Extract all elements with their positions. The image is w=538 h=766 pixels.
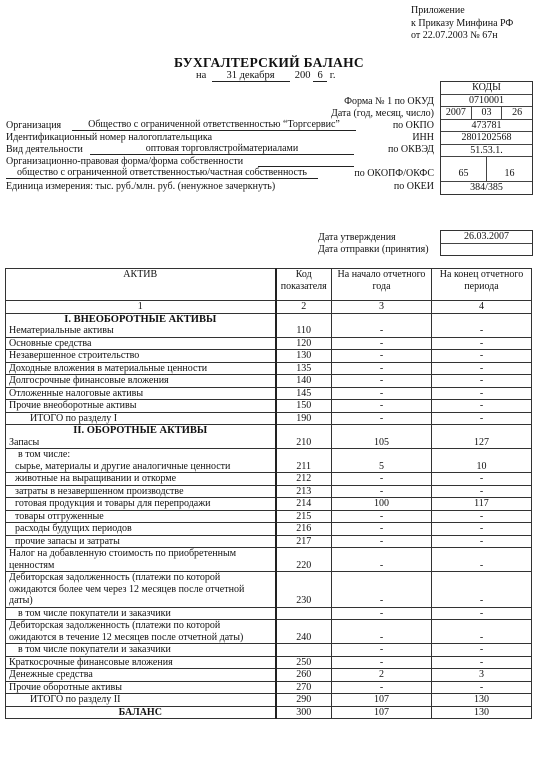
row-start-value[interactable]: - (332, 572, 432, 608)
row-start-value[interactable]: 100 (332, 498, 432, 511)
org-label: Организация (6, 120, 61, 131)
okpo-code[interactable]: 473781 (441, 120, 532, 132)
approval-box: 26.03.2007 (440, 230, 533, 256)
row-end-value[interactable]: - (432, 681, 532, 694)
table-row: прочие запасы и затраты217-- (6, 535, 532, 548)
okopf-code[interactable]: 65 (441, 157, 486, 181)
row-code: 190 (276, 412, 332, 425)
row-end-value[interactable]: - (432, 400, 532, 413)
okpo-label: по ОКПО (393, 120, 434, 131)
appendix-line-2: к Приказу Минфина РФ (411, 18, 513, 31)
section-1-title: I. ВНЕОБОРОТНЫЕ АКТИВЫ (6, 313, 276, 325)
row-start-value[interactable]: - (332, 485, 432, 498)
row-start-value[interactable]: - (332, 375, 432, 388)
report-date-year-digit[interactable]: 6 (313, 70, 327, 82)
row-name: Запасы (6, 437, 276, 449)
row-code (276, 607, 332, 620)
row-name: сырье, материалы и другие аналогичные це… (6, 461, 272, 473)
row-start-value[interactable]: - (332, 620, 432, 644)
row-start-value[interactable]: - (332, 412, 432, 425)
row-start-value[interactable]: - (332, 350, 432, 363)
row-name: Прочие внеоборотные активы (6, 400, 276, 413)
header-asset: АКТИВ (6, 269, 276, 301)
row-start-value[interactable]: - (332, 337, 432, 350)
report-date: на 31 декабря 200 6 г. (196, 70, 336, 82)
row-name: расходы будущих периодов (6, 523, 276, 536)
balance-table: АКТИВ Код показателя На начало отчетного… (5, 268, 532, 719)
row-end-value[interactable]: 127 (432, 437, 532, 449)
table-row: в том числе покупатели и заказчики - - (6, 607, 532, 620)
row-end-value[interactable]: - (432, 510, 532, 523)
row-end-value[interactable]: - (432, 620, 532, 644)
appendix-note: Приложение к Приказу Минфина РФ от 22.07… (411, 5, 513, 43)
row-code: 300 (276, 706, 332, 719)
codes-header: КОДЫ (441, 82, 532, 94)
report-date-prefix: на (196, 70, 206, 81)
row-end-value[interactable]: - (432, 656, 532, 669)
row-name: прочие запасы и затраты (6, 535, 276, 548)
send-date-value[interactable] (441, 244, 532, 255)
table-row: расходы будущих периодов216-- (6, 523, 532, 536)
row-end-value[interactable]: - (432, 325, 532, 337)
table-header-row: АКТИВ Код показателя На начало отчетного… (6, 269, 532, 301)
row-name: готовая продукция и товары для перепрода… (6, 498, 276, 511)
row-code: 130 (276, 350, 332, 363)
row-name-line: Налог на добавленную стоимость по приобр… (9, 548, 272, 560)
row-name-line: даты) (9, 595, 272, 607)
okei-label: по ОКЕИ (394, 181, 434, 192)
date-month[interactable]: 03 (471, 107, 502, 119)
table-row: Краткосрочные финансовые вложения250-- (6, 656, 532, 669)
row-start-value[interactable]: - (332, 325, 432, 337)
inn-code[interactable]: 2801202568 (441, 132, 532, 144)
row-name: БАЛАНС (6, 706, 276, 719)
row-end-value[interactable]: - (432, 535, 532, 548)
row-name-line: Дебиторская задолженность (платежи по ко… (9, 620, 272, 632)
row-code: 250 (276, 656, 332, 669)
row-name: в том числе покупатели и заказчики (6, 644, 276, 657)
row-start-value[interactable]: 105 (332, 437, 432, 449)
row-code: 240 (276, 620, 332, 644)
unit-label: Единица измерения: тыс. руб./млн. руб. (… (6, 181, 275, 192)
header-start: На начало отчетного года (332, 269, 432, 301)
table-row: Налог на добавленную стоимость по приобр… (6, 548, 532, 572)
row-code: 220 (276, 548, 332, 572)
row-end-value[interactable]: 117 (432, 498, 532, 511)
legal-form-label: Организационно-правовая форма/форма собс… (6, 156, 243, 167)
row-end-value[interactable]: - (432, 523, 532, 536)
appendix-line-3: от 22.07.2003 № 67н (411, 30, 513, 43)
okved-code[interactable]: 51.53.1. (441, 145, 532, 157)
row-name: Краткосрочные финансовые вложения (6, 656, 276, 669)
date-label: Дата (год, месяц, число) (331, 108, 434, 119)
row-end-value[interactable]: - (432, 375, 532, 388)
table-row: Долгосрочные финансовые вложения140-- (6, 375, 532, 388)
row-name-line: Дебиторская задолженность (платежи по ко… (9, 572, 272, 584)
row-end-value[interactable]: - (432, 412, 532, 425)
row-start-value[interactable]: 107 (332, 694, 432, 707)
row-end-value[interactable]: - (432, 350, 532, 363)
row-code: 214 (276, 498, 332, 511)
row-start-value[interactable]: - (332, 473, 432, 486)
row-name: ИТОГО по разделу I (6, 412, 276, 425)
codes-box: КОДЫ 0710001 2007 03 26 473781 280120256… (440, 81, 533, 195)
balance-total-row: БАЛАНС 300 107 130 (6, 706, 532, 719)
form-okud-label: Форма № 1 по ОКУД (344, 96, 434, 107)
section-1-total-row: ИТОГО по разделу I 190 - - (6, 412, 532, 425)
row-name: Отложенные налоговые активы (6, 387, 276, 400)
document-title: БУХГАЛТЕРСКИЙ БАЛАНС (0, 55, 538, 71)
table-row: Отложенные налоговые активы145-- (6, 387, 532, 400)
table-row: затраты в незавершенном производстве213-… (6, 485, 532, 498)
row-code: 210 (276, 437, 332, 449)
table-row: в том числе покупатели и заказчики - - (6, 644, 532, 657)
row-start-value[interactable]: - (332, 656, 432, 669)
okfs-code[interactable]: 16 (486, 157, 532, 181)
row-name: Долгосрочные финансовые вложения (6, 375, 276, 388)
row-end-value[interactable]: 3 (432, 669, 532, 682)
row-code: 211 (276, 449, 332, 473)
section-2-title-row: II. ОБОРОТНЫЕ АКТИВЫ (6, 425, 532, 437)
including-label: в том числе: (6, 449, 272, 461)
row-name: ИТОГО по разделу II (6, 694, 276, 707)
row-end-value[interactable]: 10 (432, 449, 532, 473)
row-name-line: ожидаются в течение 12 месяцев после отч… (9, 632, 272, 644)
approval-date-label: Дата утверждения (318, 232, 396, 243)
table-row: Основные средства120-- (6, 337, 532, 350)
send-date-label: Дата отправки (принятия) (318, 244, 429, 255)
row-name: товары отгруженные (6, 510, 276, 523)
row-start-value[interactable]: - (332, 400, 432, 413)
row-code: 150 (276, 400, 332, 413)
row-start-value[interactable]: - (332, 607, 432, 620)
row-name: Прочие оборотные активы (6, 681, 276, 694)
row-name-line: ценностям (9, 560, 272, 572)
section-2-total-row: ИТОГО по разделу II 290 107 130 (6, 694, 532, 707)
row-name: Денежные средства (6, 669, 276, 682)
col-number: 3 (332, 301, 432, 314)
approval-date-value[interactable]: 26.03.2007 (441, 231, 532, 244)
row-start-value[interactable]: - (332, 510, 432, 523)
activity-field[interactable]: оптовая торговлястройматериалами (90, 143, 354, 155)
col-number: 1 (6, 301, 276, 314)
row-end-value[interactable]: - (432, 337, 532, 350)
row-end-value[interactable]: - (432, 548, 532, 572)
row-start-value[interactable]: - (332, 387, 432, 400)
row-code: 140 (276, 375, 332, 388)
row-end-value[interactable]: - (432, 644, 532, 657)
row-start-value[interactable]: - (332, 681, 432, 694)
row-name: Доходные вложения в материальные ценност… (6, 362, 276, 375)
section-2-title: II. ОБОРОТНЫЕ АКТИВЫ (6, 425, 276, 437)
row-end-value[interactable]: - (432, 473, 532, 486)
inn-short-label: ИНН (412, 132, 434, 143)
row-name: затраты в незавершенном производстве (6, 485, 276, 498)
row-start-value[interactable]: 107 (332, 706, 432, 719)
row-code: 217 (276, 535, 332, 548)
row-code: 120 (276, 337, 332, 350)
row-code: 270 (276, 681, 332, 694)
table-row: Дебиторская задолженность (платежи по ко… (6, 620, 532, 644)
row-name: Нематериальные активы (6, 325, 276, 337)
row-name-line: ожидаются более чем через 12 месяцев пос… (9, 584, 272, 596)
table-row: Доходные вложения в материальные ценност… (6, 362, 532, 375)
row-end-value[interactable]: - (432, 362, 532, 375)
row-code: 290 (276, 694, 332, 707)
table-row: готовая продукция и товары для перепрода… (6, 498, 532, 511)
row-start-value[interactable]: - (332, 362, 432, 375)
row-start-value[interactable]: - (332, 548, 432, 572)
col-number: 4 (432, 301, 532, 314)
table-row: Прочие оборотные активы270-- (6, 681, 532, 694)
column-number-row: 1 2 3 4 (6, 301, 532, 314)
row-start-value[interactable]: 2 (332, 669, 432, 682)
row-code: 230 (276, 572, 332, 608)
header-code: Код показателя (276, 269, 332, 301)
date-year[interactable]: 2007 (441, 107, 471, 119)
row-start-value[interactable]: - (332, 535, 432, 548)
row-name: в том числе покупатели и заказчики (6, 607, 276, 620)
row-end-value[interactable]: 130 (432, 694, 532, 707)
org-name-field[interactable]: Общество с ограниченной ответственностью… (72, 119, 356, 131)
section-1-title-row: I. ВНЕОБОРОТНЫЕ АКТИВЫ (6, 313, 532, 325)
row-code: 213 (276, 485, 332, 498)
row-end-value[interactable]: - (432, 387, 532, 400)
row-code: 260 (276, 669, 332, 682)
table-row: Прочие внеоборотные активы150-- (6, 400, 532, 413)
row-code: 216 (276, 523, 332, 536)
row-end-value[interactable]: - (432, 572, 532, 608)
row-start-value[interactable]: 5 (332, 449, 432, 473)
table-row: Денежные средства26023 (6, 669, 532, 682)
row-code: 215 (276, 510, 332, 523)
date-day[interactable]: 26 (501, 107, 532, 119)
row-code: 135 (276, 362, 332, 375)
table-row: животные на выращивании и откорме212-- (6, 473, 532, 486)
row-code: 110 (276, 325, 332, 337)
col-number: 2 (276, 301, 332, 314)
okei-code[interactable]: 384/385 (441, 182, 532, 194)
okved-label: по ОКВЭД (388, 144, 434, 155)
table-row: товары отгруженные215-- (6, 510, 532, 523)
row-end-value[interactable]: 130 (432, 706, 532, 719)
okud-code[interactable]: 0710001 (441, 95, 532, 107)
inn-label: Идентификационный номер налогоплательщик… (6, 132, 212, 143)
table-row: в том числе: сырье, материалы и другие а… (6, 449, 532, 473)
header-end: На конец отчетного периода (432, 269, 532, 301)
table-row: Незавершенное строительство130-- (6, 350, 532, 363)
report-date-year-prefix: 200 (295, 70, 311, 81)
appendix-line-1: Приложение (411, 5, 513, 18)
row-start-value[interactable]: - (332, 523, 432, 536)
row-name: животные на выращивании и откорме (6, 473, 276, 486)
row-code: 212 (276, 473, 332, 486)
codes-title: КОДЫ (441, 82, 532, 94)
row-name: Незавершенное строительство (6, 350, 276, 363)
activity-label: Вид деятельности (6, 144, 83, 155)
okopf-label: по ОКОПФ/ОКФС (354, 168, 434, 179)
table-row: Запасы 210 105 127 (6, 437, 532, 449)
table-row: Дебиторская задолженность (платежи по ко… (6, 572, 532, 608)
row-end-value[interactable]: - (432, 607, 532, 620)
row-name: Основные средства (6, 337, 276, 350)
row-start-value[interactable]: - (332, 644, 432, 657)
report-date-day-month[interactable]: 31 декабря (212, 70, 290, 82)
report-date-suffix: г. (330, 70, 336, 81)
row-end-value[interactable]: - (432, 485, 532, 498)
table-row: Нематериальные активы110-- (6, 325, 532, 337)
legal-form-field[interactable]: общество с ограниченной ответственностью… (6, 167, 318, 179)
row-code: 145 (276, 387, 332, 400)
row-code (276, 644, 332, 657)
